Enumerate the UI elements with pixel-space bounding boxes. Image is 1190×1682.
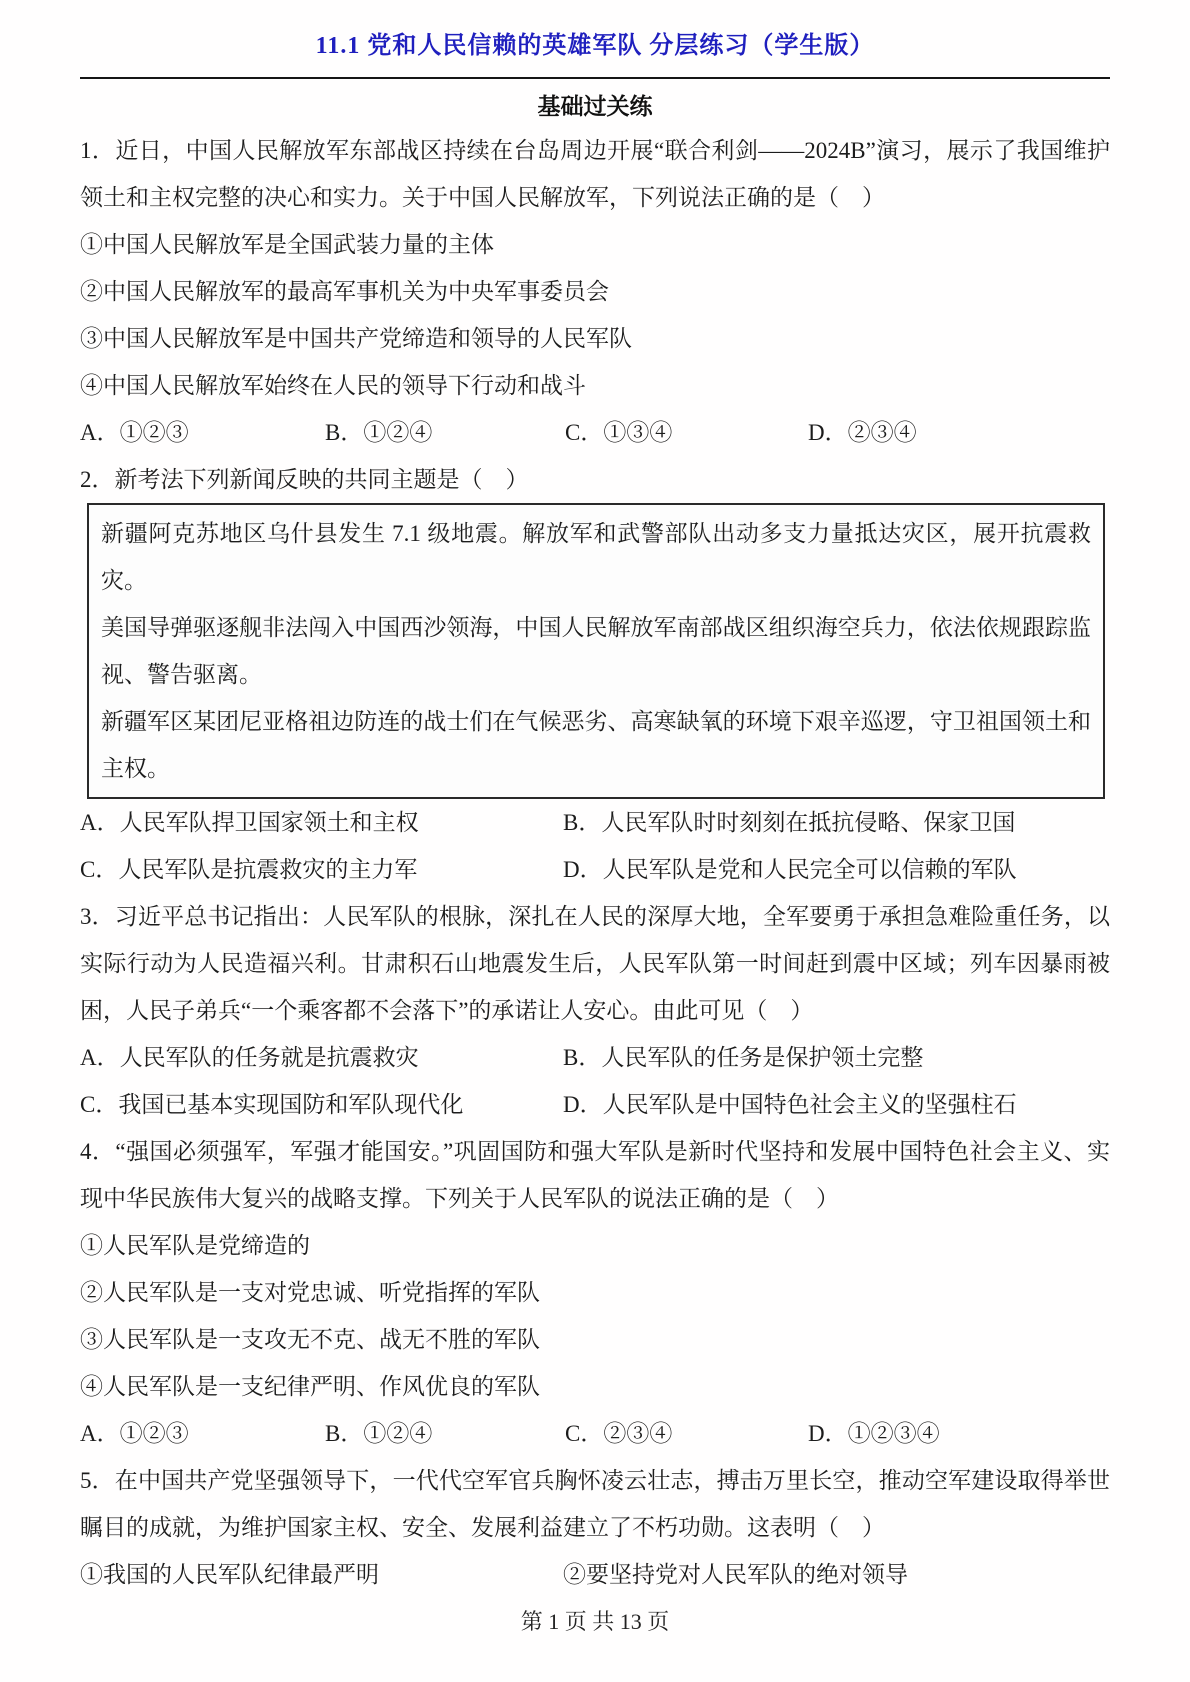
question-2-option-c: C．人民军队是抗震救灾的主力军 <box>80 846 563 893</box>
question-3-option-b: B．人民军队的任务是保护领土完整 <box>563 1034 1110 1081</box>
question-1-statement-2: ②中国人民解放军的最高军事机关为中央军事委员会 <box>80 268 1110 315</box>
question-4-option-d: D．①②③④ <box>808 1410 1110 1457</box>
page-title: 11.1 党和人民信赖的英雄军队 分层练习（学生版） <box>80 0 1110 62</box>
question-5-statement-1: ①我国的人民军队纪律最严明 <box>80 1551 563 1598</box>
question-2-option-d: D．人民军队是党和人民完全可以信赖的军队 <box>563 846 1110 893</box>
question-5-statements: ①我国的人民军队纪律最严明 ②要坚持党对人民军队的绝对领导 <box>80 1551 1110 1598</box>
question-4-option-b: B．①②④ <box>325 1410 565 1457</box>
question-2-options: A．人民军队捍卫国家领土和主权 B．人民军队时时刻刻在抵抗侵略、保家卫国 C．人… <box>80 799 1110 893</box>
question-5-statement-2: ②要坚持党对人民军队的绝对领导 <box>563 1551 1110 1598</box>
news-item-1: 新疆阿克苏地区乌什县发生 7.1 级地震。解放军和武警部队出动多支力量抵达灾区，… <box>101 510 1091 604</box>
header-divider <box>80 77 1110 79</box>
question-4-statement-2: ②人民军队是一支对党忠诚、听党指挥的军队 <box>80 1269 1110 1316</box>
question-4-statement-3: ③人民军队是一支攻无不克、战无不胜的军队 <box>80 1316 1110 1363</box>
question-2-option-a: A．人民军队捍卫国家领土和主权 <box>80 799 563 846</box>
section-heading: 基础过关练 <box>80 87 1110 127</box>
question-1-option-a: A．①②③ <box>80 409 325 456</box>
question-1-statement-3: ③中国人民解放军是中国共产党缔造和领导的人民军队 <box>80 315 1110 362</box>
page-content: 11.1 党和人民信赖的英雄军队 分层练习（学生版） 基础过关练 1．近日，中国… <box>80 0 1110 1598</box>
question-2-option-b: B．人民军队时时刻刻在抵抗侵略、保家卫国 <box>563 799 1110 846</box>
question-1-option-b: B．①②④ <box>325 409 565 456</box>
news-item-3: 新疆军区某团尼亚格祖边防连的战士们在气候恶劣、高寒缺氧的环境下艰辛巡逻，守卫祖国… <box>101 698 1091 792</box>
worksheet-page: 11.1 党和人民信赖的英雄军队 分层练习（学生版） 基础过关练 1．近日，中国… <box>0 0 1190 1682</box>
question-3-option-c: C．我国已基本实现国防和军队现代化 <box>80 1081 563 1128</box>
question-1-statement-4: ④中国人民解放军始终在人民的领导下行动和战斗 <box>80 362 1110 409</box>
question-2-stem: 2．新考法下列新闻反映的共同主题是（ ） <box>80 456 1110 503</box>
question-1-stem: 1．近日，中国人民解放军东部战区持续在台岛周边开展“联合利剑——2024B”演习… <box>80 127 1110 221</box>
question-1-option-c: C．①③④ <box>565 409 808 456</box>
question-1-statement-1: ①中国人民解放军是全国武装力量的主体 <box>80 221 1110 268</box>
question-3-stem: 3．习近平总书记指出：人民军队的根脉，深扎在人民的深厚大地，全军要勇于承担急难险… <box>80 893 1110 1034</box>
question-4-option-a: A．①②③ <box>80 1410 325 1457</box>
question-3-option-a: A．人民军队的任务就是抗震救灾 <box>80 1034 563 1081</box>
question-4-stem: 4．“强国必须强军，军强才能国安。”巩固国防和强大军队是新时代坚持和发展中国特色… <box>80 1128 1110 1222</box>
page-number: 第 1 页 共 13 页 <box>0 1602 1190 1642</box>
question-3-option-d: D．人民军队是中国特色社会主义的坚强柱石 <box>563 1081 1110 1128</box>
question-4-statement-1: ①人民军队是党缔造的 <box>80 1222 1110 1269</box>
news-item-2: 美国导弹驱逐舰非法闯入中国西沙领海，中国人民解放军南部战区组织海空兵力，依法依规… <box>101 604 1091 698</box>
question-1-option-d: D．②③④ <box>808 409 1110 456</box>
question-4-statement-4: ④人民军队是一支纪律严明、作风优良的军队 <box>80 1363 1110 1410</box>
question-5-stem: 5．在中国共产党坚强领导下，一代代空军官兵胸怀凌云壮志，搏击万里长空，推动空军建… <box>80 1457 1110 1551</box>
question-4-options: A．①②③ B．①②④ C．②③④ D．①②③④ <box>80 1410 1110 1457</box>
question-3-options: A．人民军队的任务就是抗震救灾 B．人民军队的任务是保护领土完整 C．我国已基本… <box>80 1034 1110 1128</box>
question-4-option-c: C．②③④ <box>565 1410 808 1457</box>
news-box: 新疆阿克苏地区乌什县发生 7.1 级地震。解放军和武警部队出动多支力量抵达灾区，… <box>87 503 1105 799</box>
question-1-options: A．①②③ B．①②④ C．①③④ D．②③④ <box>80 409 1110 456</box>
